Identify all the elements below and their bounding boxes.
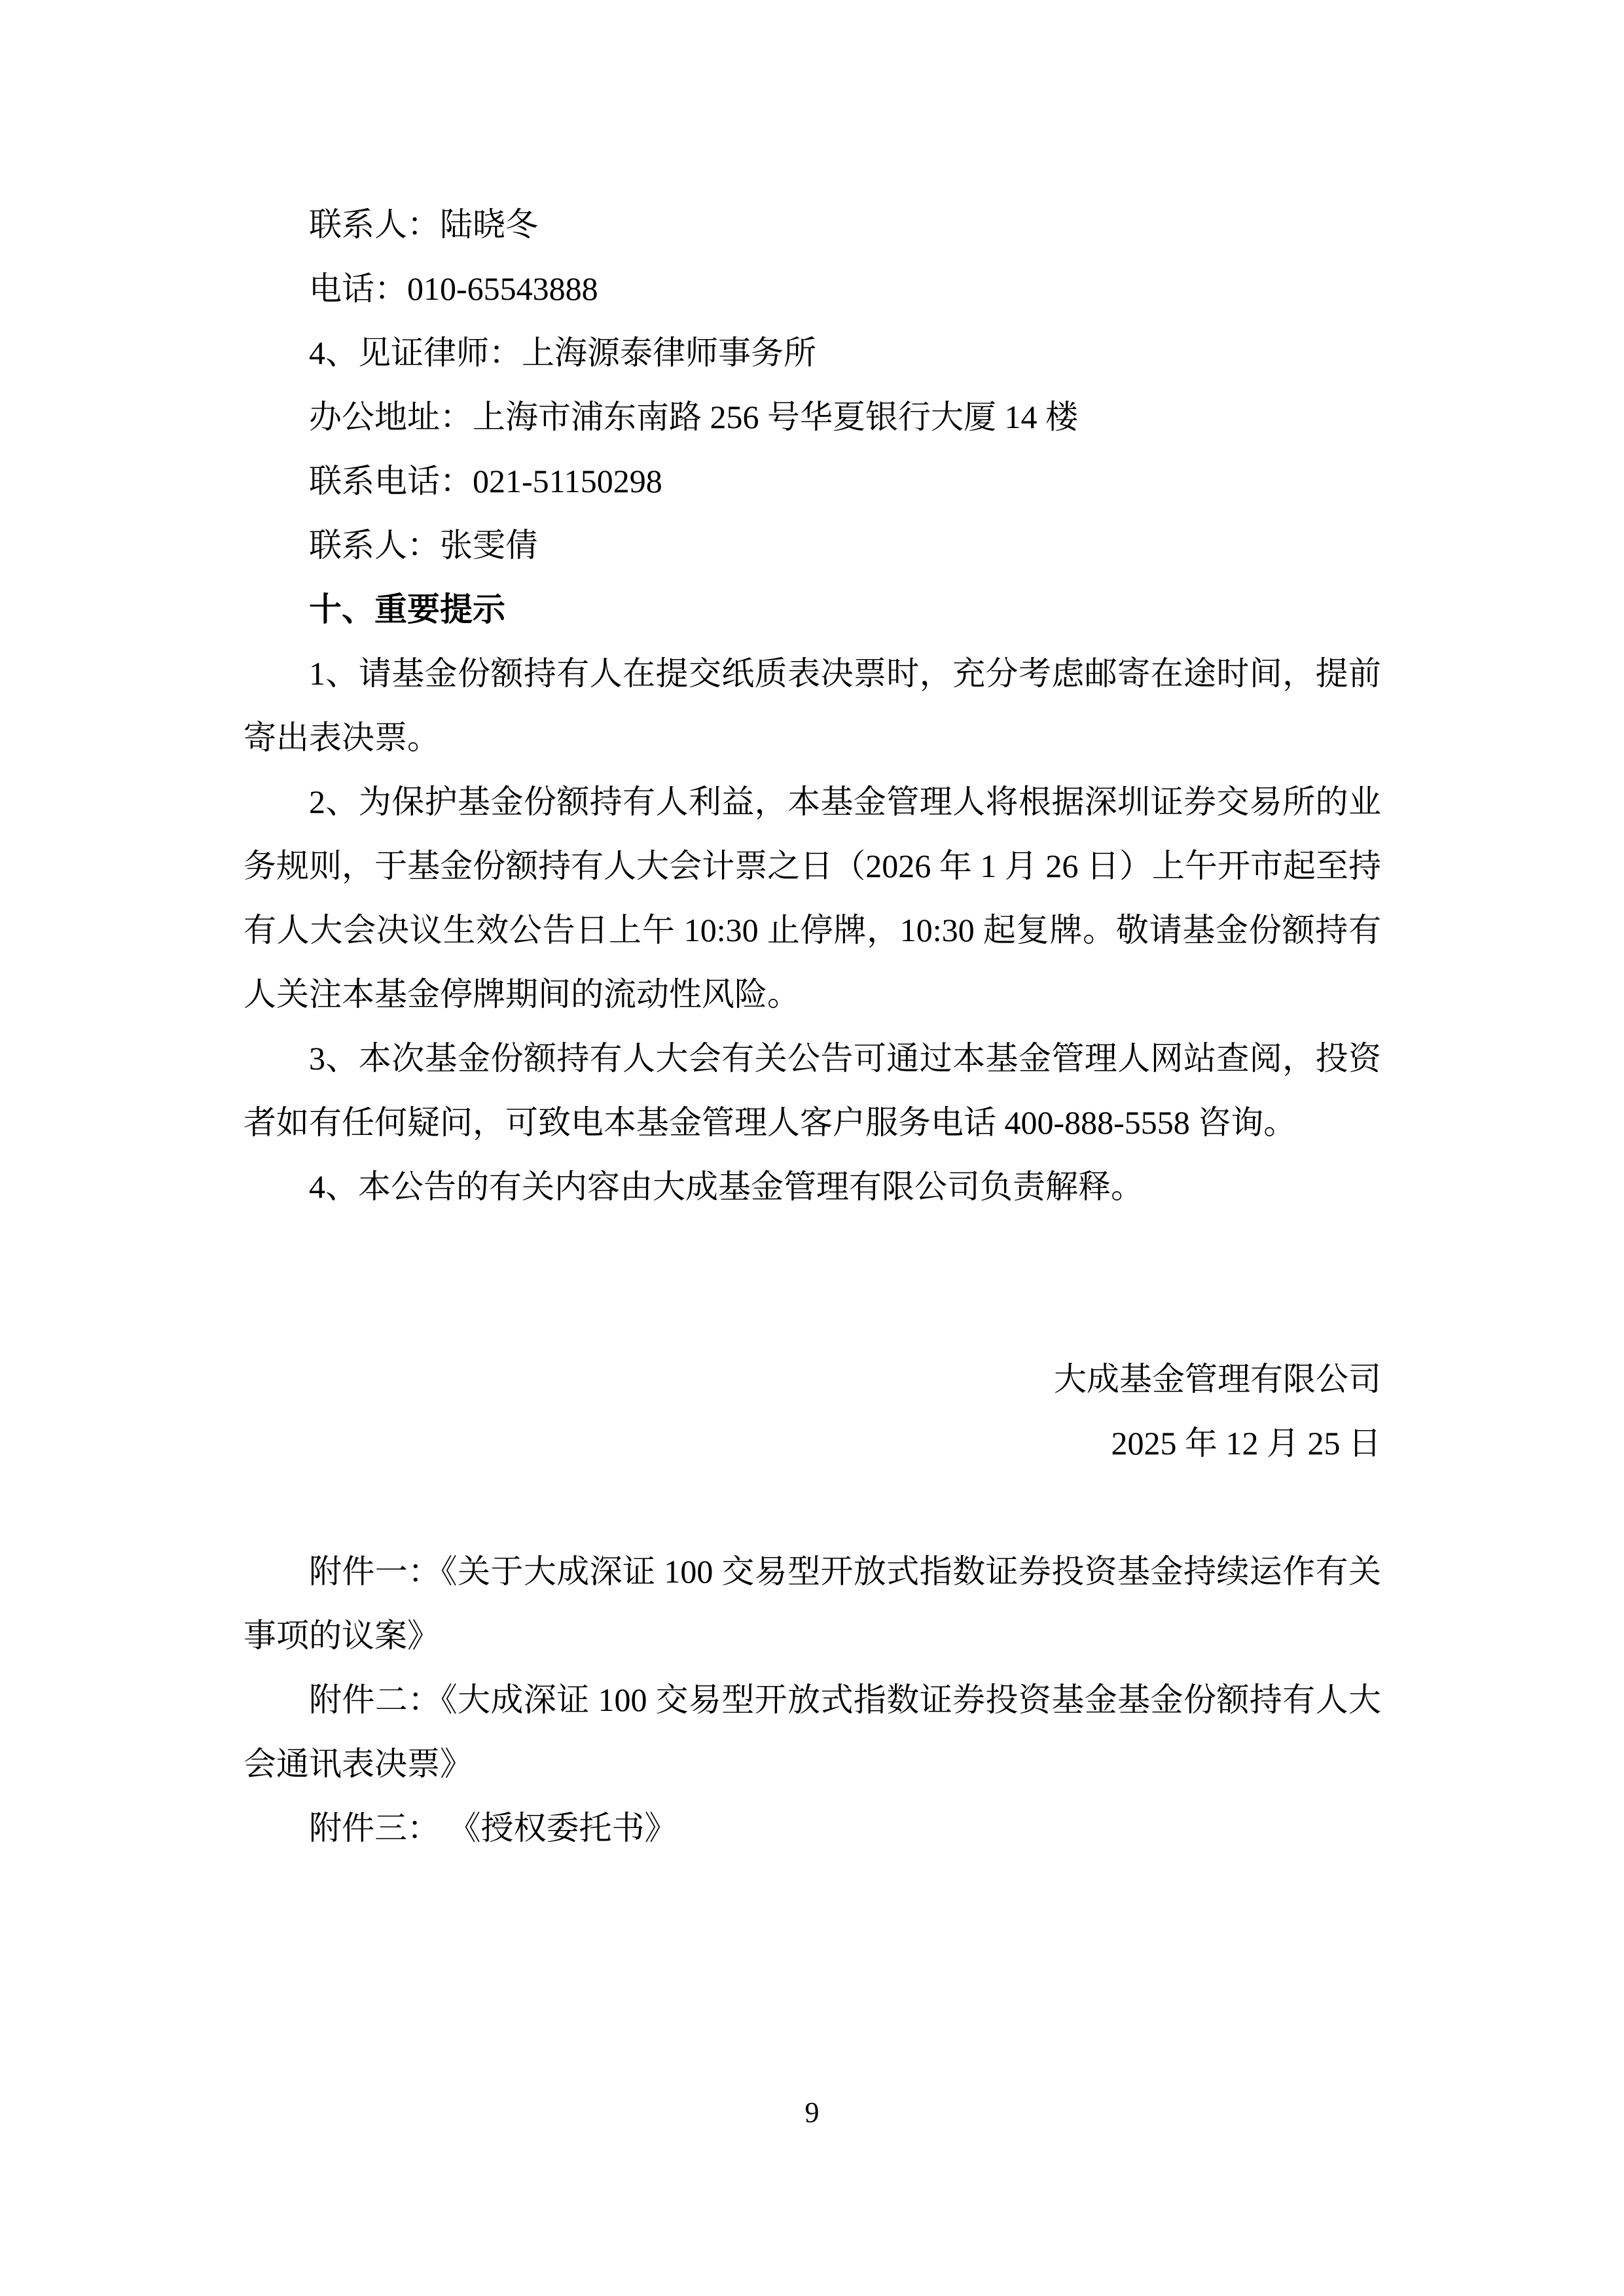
office-address-line: 办公地址：上海市浦东南路 256 号华夏银行大厦 14 楼 bbox=[244, 385, 1381, 449]
blank-line bbox=[244, 1475, 1381, 1539]
contact-person-line-2: 联系人：张雯倩 bbox=[244, 513, 1381, 577]
contact-person-line: 联系人：陆晓冬 bbox=[244, 192, 1381, 257]
notice-1-line-2: 寄出表决票。 bbox=[244, 706, 1381, 770]
notice-2-line-3: 有人大会决议生效公告日上午 10:30 止停牌，10:30 起复牌。敬请基金份额… bbox=[244, 898, 1381, 962]
phone-line: 电话：010-65543888 bbox=[244, 257, 1381, 321]
notice-2-line-2: 务规则，于基金份额持有人大会计票之日（2026 年 1 月 26 日）上午开市起… bbox=[244, 834, 1381, 898]
section-heading-important-notice: 十、重要提示 bbox=[244, 577, 1381, 641]
signature-date-line: 2025 年 12 月 25 日 bbox=[244, 1411, 1381, 1475]
attachment-3-line-1: 附件三： 《授权委托书》 bbox=[244, 1796, 1381, 1860]
attachment-1-line-2: 事项的议案》 bbox=[244, 1604, 1381, 1668]
document-body: 联系人：陆晓冬电话：010-655438884、见证律师：上海源泰律师事务所办公… bbox=[244, 192, 1381, 1860]
attachment-1-line-1: 附件一：《关于大成深证 100 交易型开放式指数证券投资基金持续运作有关 bbox=[244, 1539, 1381, 1604]
page-number: 9 bbox=[0, 2092, 1624, 2134]
signature-company-line: 大成基金管理有限公司 bbox=[244, 1347, 1381, 1411]
notice-3-line-2: 者如有任何疑问，可致电本基金管理人客户服务电话 400-888-5558 咨询。 bbox=[244, 1090, 1381, 1155]
attachment-2-line-1: 附件二：《大成深证 100 交易型开放式指数证券投资基金基金份额持有人大 bbox=[244, 1668, 1381, 1732]
notice-1-line-1: 1、请基金份额持有人在提交纸质表决票时，充分考虑邮寄在途时间，提前 bbox=[244, 641, 1381, 706]
witness-lawyer-line: 4、见证律师：上海源泰律师事务所 bbox=[244, 321, 1381, 385]
notice-2-line-4: 人关注本基金停牌期间的流动性风险。 bbox=[244, 962, 1381, 1026]
blank-line bbox=[244, 1283, 1381, 1347]
document-page: 联系人：陆晓冬电话：010-655438884、见证律师：上海源泰律师事务所办公… bbox=[0, 0, 1624, 2296]
attachment-2-line-2: 会通讯表决票》 bbox=[244, 1732, 1381, 1796]
notice-2-line-1: 2、为保护基金份额持有人利益，本基金管理人将根据深圳证券交易所的业 bbox=[244, 770, 1381, 834]
notice-3-line-1: 3、本次基金份额持有人大会有关公告可通过本基金管理人网站查阅，投资 bbox=[244, 1026, 1381, 1090]
contact-phone-line: 联系电话：021-51150298 bbox=[244, 449, 1381, 513]
notice-4-line-1: 4、本公告的有关内容由大成基金管理有限公司负责解释。 bbox=[244, 1155, 1381, 1219]
blank-line bbox=[244, 1219, 1381, 1283]
